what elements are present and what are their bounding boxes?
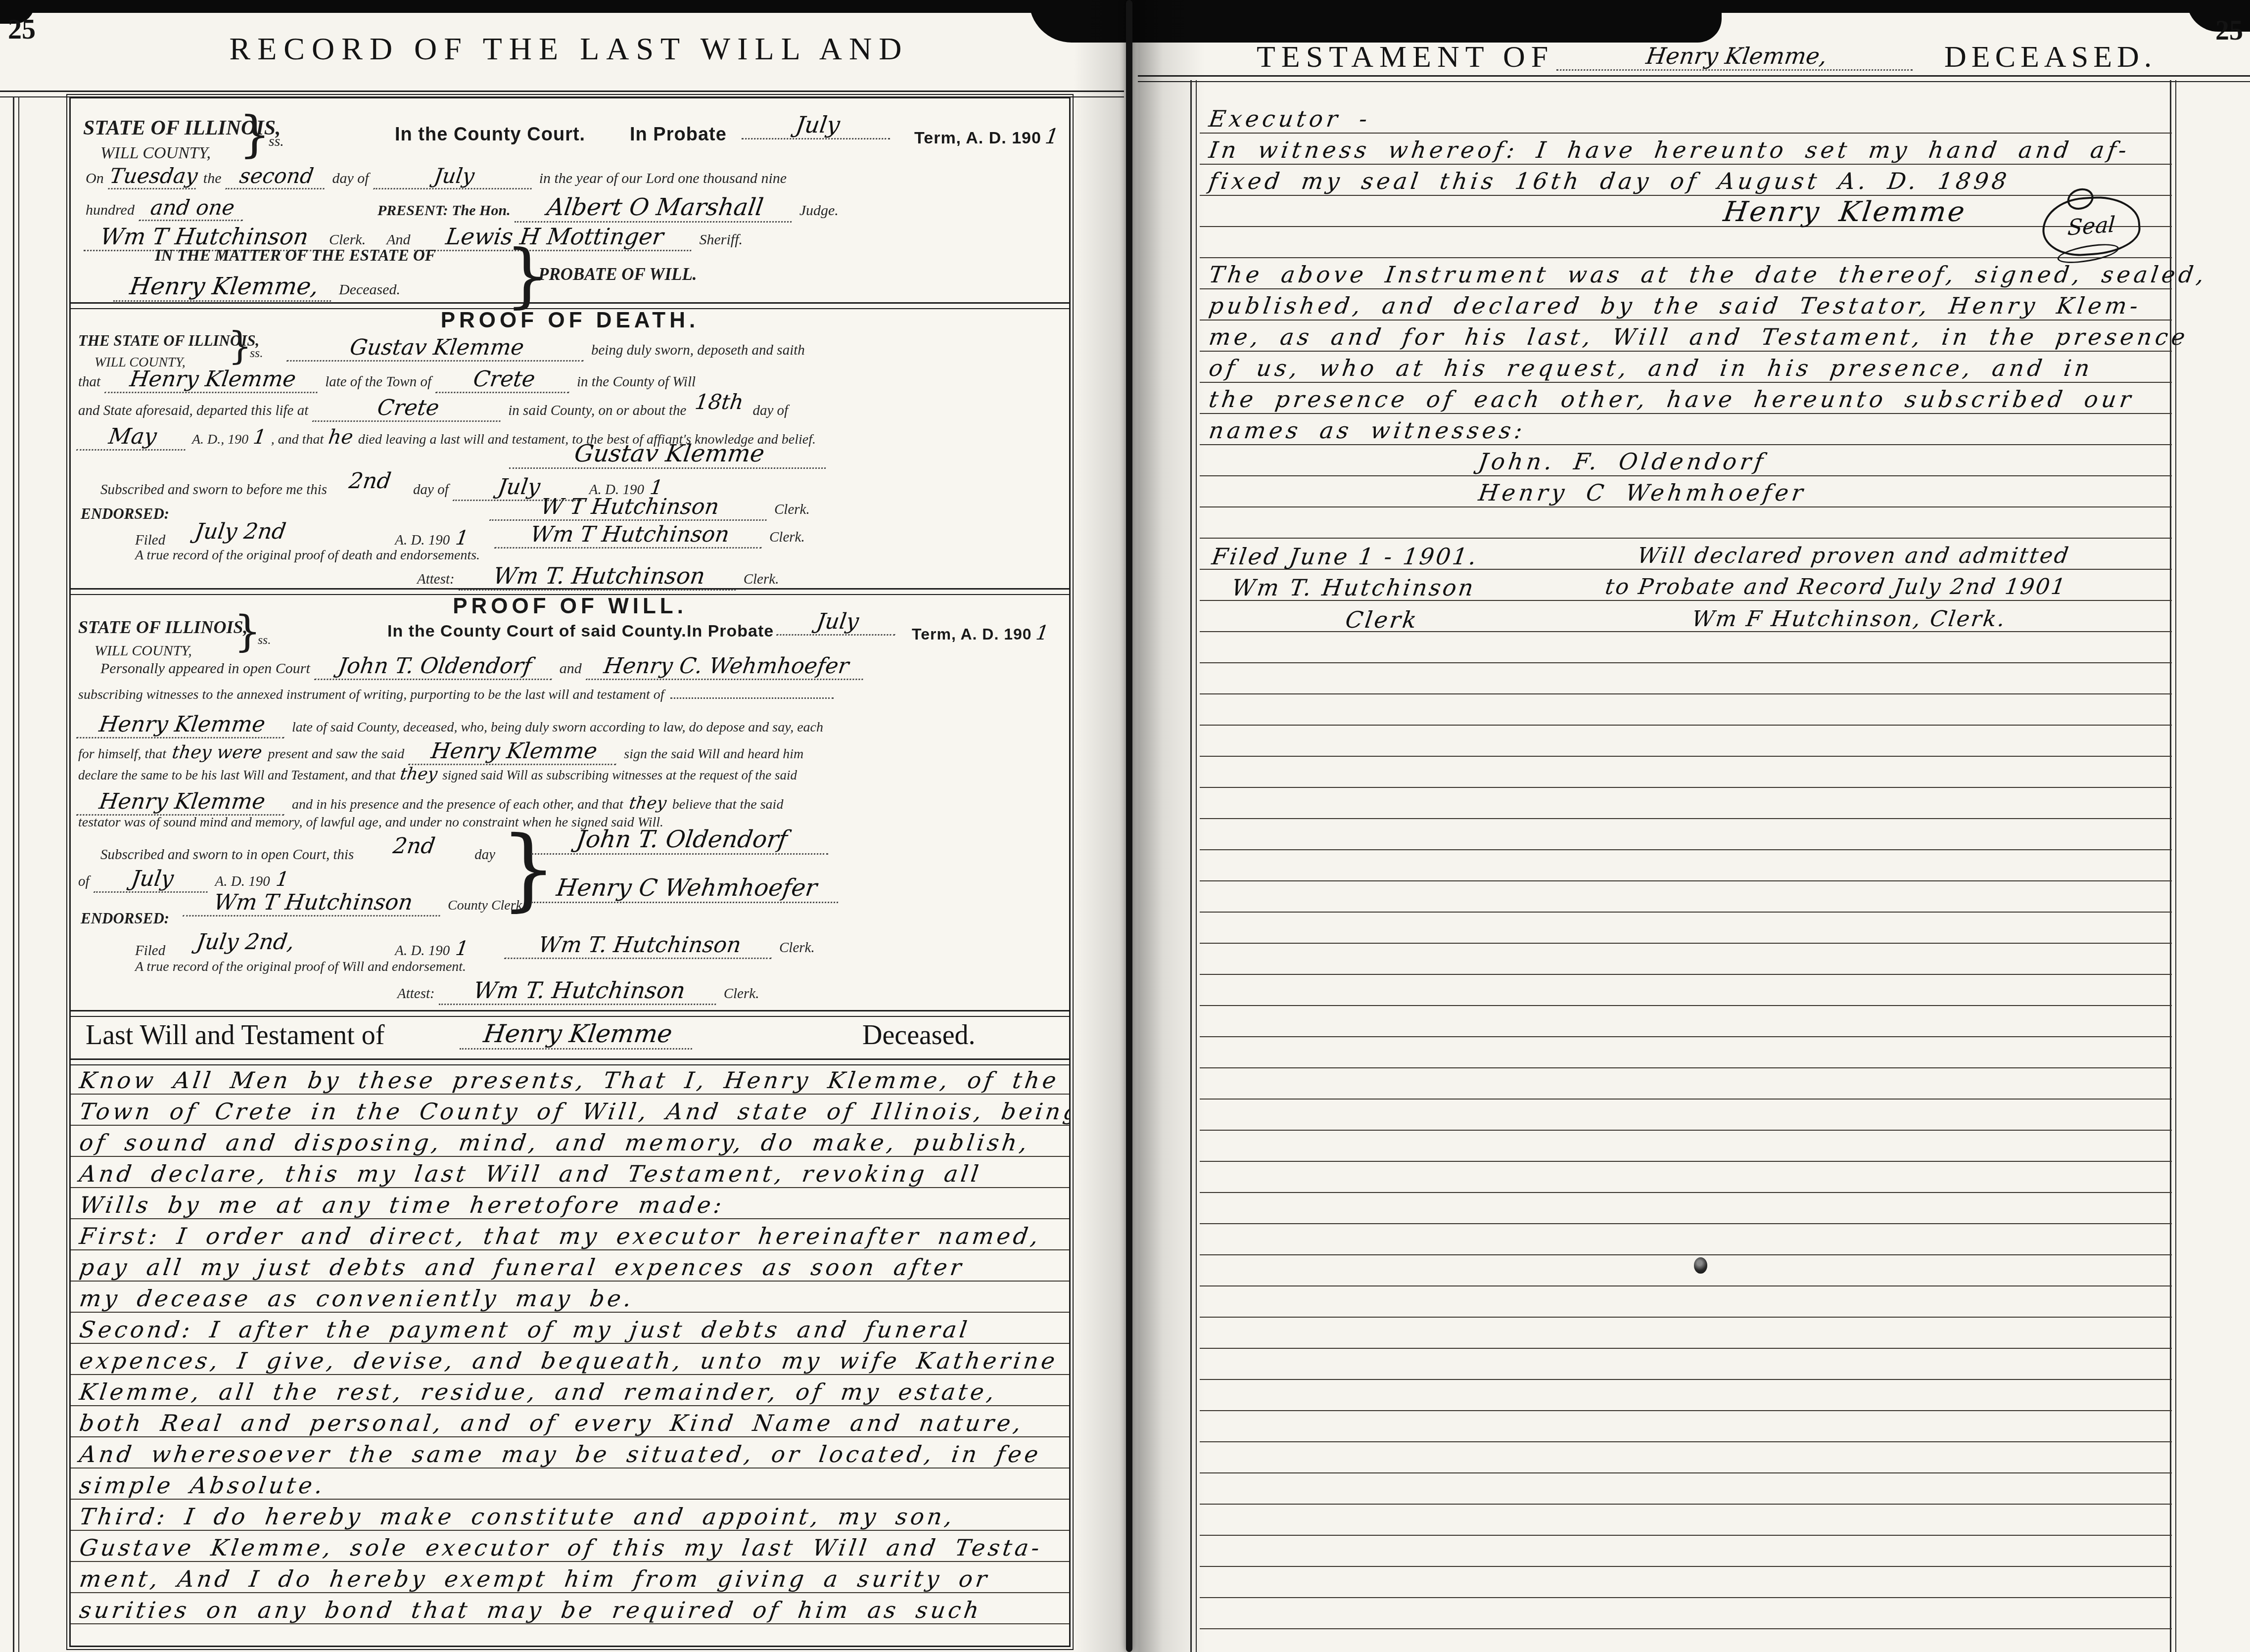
handwritten-line: me, as and for his last, Will and Testam… (1207, 323, 2176, 351)
will-text-line: expences, I give, devise, and bequeath, … (78, 1346, 1066, 1375)
will-text-line: And wheresoever the same may be situated… (78, 1440, 1066, 1468)
handwritten-line: fixed my seal this 16th day of August A.… (1207, 167, 2176, 195)
left-page-number: 25 (8, 14, 36, 46)
book-gutter-shadow (1074, 0, 1205, 1652)
filed-clerk-label: Clerk (1344, 606, 1420, 633)
probate-record-book-scan: 25 RECORD OF THE LAST WILL AND STATE OF … (0, 0, 2250, 1652)
handwritten-line: John. F. Oldendorf (1477, 448, 2250, 475)
paper-hole-mark (1694, 1257, 1707, 1274)
will-proven-line2: to Probate and Record July 2nd 1901 (1603, 574, 2068, 599)
seal-label: Seal (2066, 212, 2116, 240)
handwritten-line: Henry Klemme (1722, 198, 2250, 226)
handwritten-line: Henry C Wehmhoefer (1477, 479, 2250, 506)
will-text-line: And declare, this my last Will and Testa… (78, 1159, 1066, 1188)
will-text-line: Know All Men by these presents, That I, … (78, 1066, 1066, 1095)
handwritten-line: names as witnesses: (1207, 416, 2176, 444)
will-text-line: Wills by me at any time heretofore made: (78, 1191, 1066, 1219)
right-title-name: Henry Klemme, (1556, 43, 1917, 71)
will-text-line: Gustave Klemme, sole executor of this my… (78, 1533, 1066, 1562)
left-page-title: RECORD OF THE LAST WILL AND (148, 31, 989, 67)
will-text-line: Town of Crete in the County of Will, And… (78, 1097, 1066, 1126)
will-text-line: surities on any bond that may be require… (78, 1596, 1066, 1624)
will-proven-clerk: Wm F Hutchinson, Clerk. (1690, 606, 2008, 632)
will-proven-line1: Will declared proven and admitted (1636, 543, 2071, 568)
handwritten-line: In witness whereof: I have hereunto set … (1207, 136, 2176, 164)
handwritten-line: Executor - (1207, 105, 2176, 133)
will-text-line: pay all my just debts and funeral expenc… (78, 1253, 1066, 1282)
will-text-line: both Real and personal, and of every Kin… (78, 1409, 1066, 1437)
handwritten-line: published, and declared by the said Test… (1207, 292, 2176, 320)
will-text-line: Second: I after the payment of my just d… (78, 1315, 1066, 1344)
handwritten-line: the presence of each other, have hereunt… (1207, 385, 2176, 413)
will-text-line: Klemme, all the rest, residue, and remai… (78, 1377, 1066, 1406)
will-text-line: First: I order and direct, that my execu… (78, 1222, 1066, 1250)
handwritten-line: of us, who at his request, and in his pr… (1207, 354, 2176, 382)
book-binding-crease (1126, 0, 1132, 1652)
will-text-line: simple Absolute. (78, 1471, 1066, 1500)
right-page-title-suffix: DECEASED. (1944, 40, 2156, 75)
filed-clerk-signature: Wm T. Hutchinson (1230, 574, 1477, 601)
will-text-line: Third: I do hereby make constitute and a… (78, 1502, 1066, 1531)
filed-date-line: Filed June 1 - 1901. (1210, 543, 1480, 570)
right-page-title: TESTAMENT OF (1257, 40, 1554, 75)
handwritten-line (1207, 229, 2176, 257)
will-text-line: ment, And I do hereby exempt him from gi… (78, 1564, 1066, 1593)
will-text-line: my decease as conveniently may be. (78, 1284, 1066, 1313)
right-page-number: 25 (2215, 15, 2243, 46)
handwritten-line: The above Instrument was at the date the… (1207, 261, 2176, 288)
will-text-line: of sound and disposing, mind, and memory… (78, 1128, 1066, 1157)
